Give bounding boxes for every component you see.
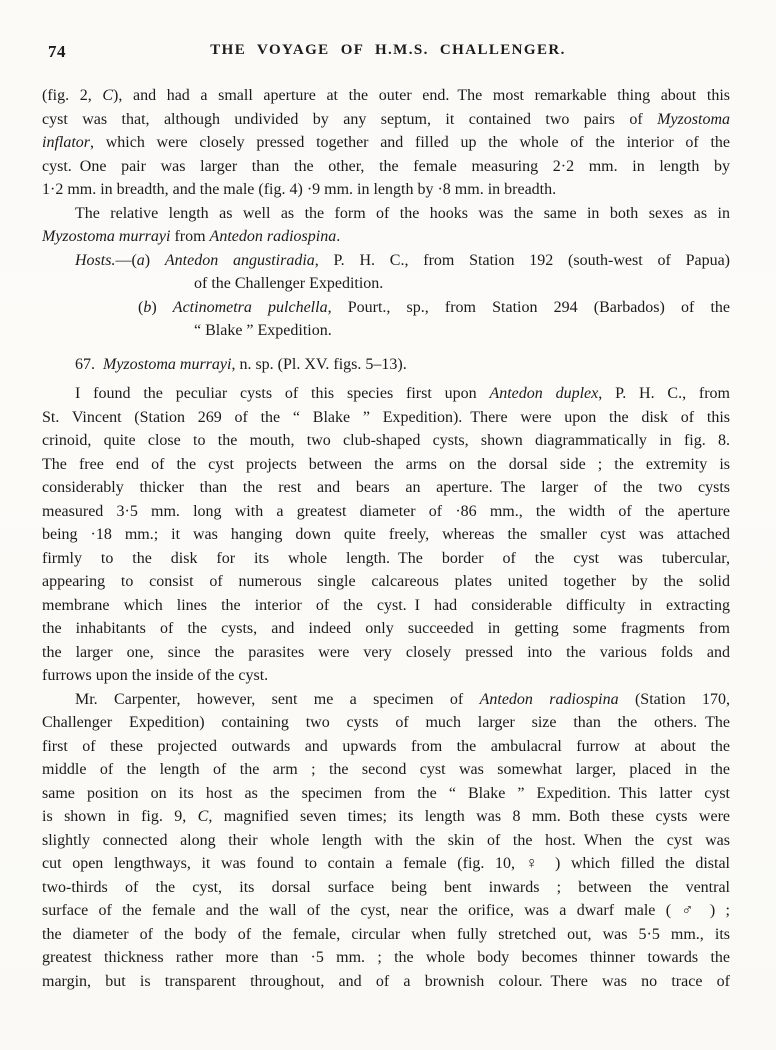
text-segment: membrane which lines the interior of the… bbox=[42, 597, 730, 614]
text-segment: (Station 170, bbox=[619, 691, 730, 708]
paragraph: (fig. 2, C), and had a small aperture at… bbox=[42, 84, 730, 202]
text-segment: the larger one, since the parasites were… bbox=[42, 644, 730, 661]
text-segment: measured 3·5 mm. long with a greatest di… bbox=[42, 503, 730, 520]
italic-text: Myzostoma murrayi bbox=[42, 228, 170, 245]
paragraph: I found the peculiar cysts of this speci… bbox=[42, 382, 730, 688]
text-segment: being ·18 mm.; it was hanging down quite… bbox=[42, 526, 730, 543]
page-body: (fig. 2, C), and had a small aperture at… bbox=[42, 84, 730, 993]
text-line: being ·18 mm.; it was hanging down quite… bbox=[42, 523, 730, 547]
text-segment: I found the peculiar cysts of this speci… bbox=[75, 385, 489, 402]
hosts-entry: Hosts.—(a) Antedon angustiradia, P. H. C… bbox=[42, 249, 730, 296]
text-line: the larger one, since the parasites were… bbox=[42, 641, 730, 665]
text-segment: , P. H. C., from Station 192 (south-west… bbox=[315, 252, 730, 269]
running-title: THE VOYAGE OF H.M.S. CHALLENGER. bbox=[48, 42, 728, 59]
text-segment: firmly to the disk for its whole length.… bbox=[42, 550, 730, 567]
page-header: 74 THE VOYAGE OF H.M.S. CHALLENGER. bbox=[48, 42, 728, 64]
italic-text: Antedon radiospina bbox=[210, 228, 337, 245]
text-line: 1·2 mm. in breadth, and the male (fig. 4… bbox=[42, 178, 730, 202]
text-segment: furrows upon the inside of the cyst. bbox=[42, 667, 268, 684]
text-line: cyst. One pair was larger than the other… bbox=[42, 155, 730, 179]
text-line: margin, but is transparent throughout, a… bbox=[42, 970, 730, 994]
text-line: measured 3·5 mm. long with a greatest di… bbox=[42, 500, 730, 524]
text-line: firmly to the disk for its whole length.… bbox=[42, 547, 730, 571]
text-segment: Mr. Carpenter, however, sent me a specim… bbox=[75, 691, 480, 708]
text-line: same position on its host as the specime… bbox=[42, 782, 730, 806]
text-segment: is shown in fig. 9, bbox=[42, 808, 198, 825]
text-line: surface of the female and the wall of th… bbox=[42, 899, 730, 923]
text-segment: greatest thickness rather more than ·5 m… bbox=[42, 949, 730, 966]
text-segment: 67. bbox=[75, 356, 103, 373]
text-line: membrane which lines the interior of the… bbox=[42, 594, 730, 618]
text-line: slightly connected along their whole len… bbox=[42, 829, 730, 853]
text-line: 67. Myzostoma murrayi, n. sp. (Pl. XV. f… bbox=[42, 353, 730, 377]
text-line: Mr. Carpenter, however, sent me a specim… bbox=[42, 688, 730, 712]
text-segment: , n. sp. (Pl. XV. figs. 5–13). bbox=[231, 356, 406, 373]
text-line: appearing to consist of numerous single … bbox=[42, 570, 730, 594]
text-line: is shown in fig. 9, C, magnified seven t… bbox=[42, 805, 730, 829]
text-segment: “ Blake ” Expedition. bbox=[194, 322, 332, 339]
italic-text: a bbox=[137, 252, 145, 269]
text-segment: cut open lengthways, it was found to con… bbox=[42, 855, 730, 872]
italic-text: Myzostoma bbox=[657, 111, 730, 128]
text-line: (fig. 2, C), and had a small aperture at… bbox=[42, 84, 730, 108]
text-segment: from bbox=[170, 228, 209, 245]
text-segment: middle of the length of the arm ; the se… bbox=[42, 761, 730, 778]
text-segment: , P. H. C., from bbox=[598, 385, 730, 402]
text-line: middle of the length of the arm ; the se… bbox=[42, 758, 730, 782]
text-segment: , magnified seven times; its length was … bbox=[208, 808, 730, 825]
text-segment: the inhabitants of the cysts, and indeed… bbox=[42, 620, 730, 637]
text-segment: ) bbox=[145, 252, 165, 269]
text-segment: slightly connected along their whole len… bbox=[42, 832, 730, 849]
text-segment: . bbox=[336, 228, 340, 245]
text-line: the inhabitants of the cysts, and indeed… bbox=[42, 617, 730, 641]
text-segment: cyst was that, although undivided by any… bbox=[42, 111, 657, 128]
text-segment: appearing to consist of numerous single … bbox=[42, 573, 730, 590]
text-line: considerably thicker than the rest and b… bbox=[42, 476, 730, 500]
text-segment: crinoid, quite close to the mouth, two c… bbox=[42, 432, 730, 449]
text-segment: margin, but is transparent throughout, a… bbox=[42, 973, 730, 990]
paragraph: Mr. Carpenter, however, sent me a specim… bbox=[42, 688, 730, 994]
text-line: cut open lengthways, it was found to con… bbox=[42, 852, 730, 876]
text-segment: two-thirds of the cyst, its dorsal surfa… bbox=[42, 879, 730, 896]
hosts-entry: (b) Actinometra pulchella, Pourt., sp., … bbox=[42, 296, 730, 343]
text-line: two-thirds of the cyst, its dorsal surfa… bbox=[42, 876, 730, 900]
text-segment: surface of the female and the wall of th… bbox=[42, 902, 730, 919]
text-line: Hosts.—(a) Antedon angustiradia, P. H. C… bbox=[42, 249, 730, 273]
text-segment: cyst. One pair was larger than the other… bbox=[42, 158, 730, 175]
text-line: (b) Actinometra pulchella, Pourt., sp., … bbox=[42, 296, 730, 320]
text-line: cyst was that, although undivided by any… bbox=[42, 108, 730, 132]
text-segment: the diameter of the body of the female, … bbox=[42, 926, 730, 943]
paragraph: The relative length as well as the form … bbox=[42, 202, 730, 249]
text-segment: St. Vincent (Station 269 of the “ Blake … bbox=[42, 409, 730, 426]
text-segment: ), and had a small aperture at the outer… bbox=[113, 87, 730, 104]
text-line: greatest thickness rather more than ·5 m… bbox=[42, 946, 730, 970]
text-segment: , Pourt., sp., from Station 294 (Barbado… bbox=[328, 299, 730, 316]
text-segment: The free end of the cyst projects betwee… bbox=[42, 456, 730, 473]
text-line: first of these projected outwards and up… bbox=[42, 735, 730, 759]
text-segment: ) bbox=[151, 299, 172, 316]
italic-text: Hosts. bbox=[75, 252, 115, 269]
text-line: I found the peculiar cysts of this speci… bbox=[42, 382, 730, 406]
text-segment: considerably thicker than the rest and b… bbox=[42, 479, 730, 496]
italic-text: Antedon duplex bbox=[489, 385, 598, 402]
text-segment: same position on its host as the specime… bbox=[42, 785, 730, 802]
text-segment: —( bbox=[115, 252, 136, 269]
text-segment: first of these projected outwards and up… bbox=[42, 738, 730, 755]
text-line: “ Blake ” Expedition. bbox=[42, 319, 730, 343]
italic-text: Myzostoma murrayi bbox=[103, 356, 231, 373]
italic-text: C bbox=[102, 87, 113, 104]
text-line: the diameter of the body of the female, … bbox=[42, 923, 730, 947]
italic-text: Antedon radiospina bbox=[480, 691, 619, 708]
page-number: 74 bbox=[48, 42, 66, 62]
book-page: 74 THE VOYAGE OF H.M.S. CHALLENGER. (fig… bbox=[0, 0, 776, 1050]
text-line: Myzostoma murrayi from Antedon radiospin… bbox=[42, 225, 730, 249]
text-line: inflator, which were closely pressed tog… bbox=[42, 131, 730, 155]
text-line: The relative length as well as the form … bbox=[42, 202, 730, 226]
text-segment: , which were closely pressed together an… bbox=[90, 134, 730, 151]
text-line: St. Vincent (Station 269 of the “ Blake … bbox=[42, 406, 730, 430]
italic-text: Actinometra pulchella bbox=[173, 299, 328, 316]
text-segment: Challenger Expedition) containing two cy… bbox=[42, 714, 730, 731]
italic-text: C bbox=[198, 808, 209, 825]
text-line: Challenger Expedition) containing two cy… bbox=[42, 711, 730, 735]
text-line: crinoid, quite close to the mouth, two c… bbox=[42, 429, 730, 453]
text-line: furrows upon the inside of the cyst. bbox=[42, 664, 730, 688]
text-segment: 1·2 mm. in breadth, and the male (fig. 4… bbox=[42, 181, 556, 198]
species-heading: 67. Myzostoma murrayi, n. sp. (Pl. XV. f… bbox=[42, 353, 730, 377]
text-segment: The relative length as well as the form … bbox=[75, 205, 730, 222]
text-line: of the Challenger Expedition. bbox=[42, 272, 730, 296]
italic-text: inflator bbox=[42, 134, 90, 151]
text-line: The free end of the cyst projects betwee… bbox=[42, 453, 730, 477]
text-segment: of the Challenger Expedition. bbox=[194, 275, 383, 292]
text-segment: (fig. 2, bbox=[42, 87, 102, 104]
italic-text: Antedon angustiradia bbox=[165, 252, 315, 269]
